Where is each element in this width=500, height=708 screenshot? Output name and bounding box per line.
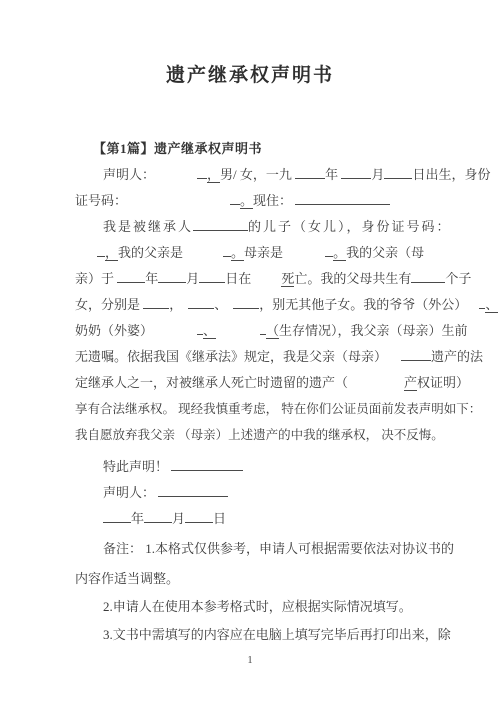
text-run: 我的父亲是	[118, 245, 183, 260]
blank-fill-line	[233, 294, 259, 309]
text-run: 我自愿放弃我父亲 （母亲）上述遗产的中我的继承权， 决不反悔。	[75, 428, 444, 442]
blank-fill-line	[230, 190, 240, 205]
underlined-text: 死	[281, 271, 294, 287]
underlined-text: 。	[240, 193, 253, 209]
blank-fill-line	[325, 242, 333, 257]
underlined-text: 、	[485, 297, 498, 313]
text-run: 月	[186, 271, 199, 286]
text-run: 无遗嘱。依据我国《继承法》规定，我是父亲（母亲）	[75, 349, 387, 364]
spacer	[153, 334, 197, 335]
doc-line-11: 我自愿放弃我父亲 （母亲）上述遗产的中我的继承权， 决不反悔。	[75, 422, 462, 448]
doc-line-16: 内容作适当调整。	[75, 566, 462, 592]
text-run: ，	[169, 297, 182, 312]
blank-fill-line	[411, 268, 445, 283]
underlined-text: （	[266, 323, 279, 339]
underlined-text: 。	[231, 245, 244, 261]
text-run: 我的父亲（母	[346, 245, 424, 260]
text-run: 日	[213, 511, 226, 526]
blank-fill-line	[341, 164, 371, 179]
spacer	[127, 204, 230, 205]
document-body: 声明人：，男/ 女，一九 年 月日出生，身份证号码：。现住： 我是被继承人的儿子…	[75, 162, 462, 648]
text-run: 备注： 1.本格式仅供参考，申请人可根据需要依法对协议书的	[103, 541, 454, 556]
blank-fill-line	[185, 508, 213, 523]
blank-fill-line	[143, 294, 169, 309]
underlined-text: 产	[404, 375, 417, 391]
doc-line-2: 证号码：。现住：	[75, 188, 462, 214]
text-run: 亲）于	[75, 271, 117, 286]
spacer	[467, 308, 479, 309]
spacer	[251, 282, 281, 283]
text-run: 内容作适当调整。	[75, 571, 179, 586]
text-run: 2.申请人在使用本参考格式时，应根据实际情况填写。	[103, 599, 412, 614]
blank-fill-line	[223, 242, 231, 257]
text-run: 日出生，身份	[412, 167, 490, 182]
text-run: 男/ 女，一九	[220, 167, 295, 182]
text-run: ，别无其他子女。我的爷爷（外公）	[259, 297, 467, 312]
underlined-text: ，	[105, 245, 118, 261]
doc-line-3: 我是被继承人的儿子（女儿），身份证号码：	[75, 214, 462, 240]
spacer	[283, 256, 325, 257]
doc-line-14: 年月日	[75, 506, 462, 532]
text-run: 我是被继承人	[103, 219, 193, 234]
text-run: 女，分别是	[75, 297, 143, 312]
blank-fill-line	[384, 164, 412, 179]
doc-line-15: 备注： 1.本格式仅供参考，申请人可根据需要依法对协议书的	[75, 536, 462, 562]
spacer	[183, 256, 223, 257]
spacer	[348, 386, 404, 387]
underlined-text: 、	[203, 323, 216, 339]
text-run: 生存情况），我父亲（母亲）生前	[279, 323, 468, 338]
text-run: 母亲是	[244, 245, 283, 260]
spacer	[216, 334, 260, 335]
text-run: 的儿子（女儿），身份证号码：	[248, 219, 452, 234]
text-run: 定继承人之一，对被继承人死亡时遗留的遗产（	[75, 375, 348, 390]
text-run: 现住：	[253, 193, 295, 208]
blank-fill-line	[188, 294, 214, 309]
text-run: 年	[131, 511, 144, 526]
blank-fill-line	[144, 508, 172, 523]
text-run: 日在	[225, 271, 251, 286]
blank-fill-line	[193, 216, 248, 231]
document-title: 遗产继承权声明书	[0, 0, 500, 92]
blank-fill-line	[295, 164, 325, 179]
document-page: 遗产继承权声明书 【第1篇】遗产继承权声明书 声明人：，男/ 女，一九 年 月日…	[0, 0, 500, 708]
doc-line-8: 无遗嘱。依据我国《继承法》规定，我是父亲（母亲）遗产的法	[75, 344, 462, 370]
doc-line-5: 亲）于 年月日在死亡。我的父母共生有个子	[75, 266, 462, 292]
blank-fill-line	[199, 268, 225, 283]
page-number: 1	[0, 655, 500, 666]
section-heading: 【第1篇】遗产继承权声明书	[75, 136, 462, 162]
blank-fill-line	[97, 242, 105, 257]
text-run: 声明人：	[103, 167, 155, 182]
document-content: 【第1篇】遗产继承权声明书 声明人：，男/ 女，一九 年 月日出生，身份证号码：…	[0, 136, 500, 648]
doc-line-6: 女，分别是 ，、，别无其他子女。我的爷爷（外公）、	[75, 292, 462, 318]
text-run: 权证明）	[417, 375, 469, 390]
text-run: 证号码：	[75, 193, 127, 208]
doc-line-10: 享有合法继承权。 现经我慎重考虑， 特在你们公证员面前发表声明如下：	[75, 396, 462, 422]
blank-fill-line	[158, 482, 228, 497]
text-run: 年	[325, 167, 341, 182]
doc-line-9: 定继承人之一，对被继承人死亡时遗留的遗产（产权证明）	[75, 370, 462, 396]
underlined-text: 。	[333, 245, 346, 261]
underlined-text: ，	[207, 167, 220, 183]
blank-fill-line	[171, 456, 243, 471]
text-run: 声明人：	[103, 485, 158, 500]
text-run: 、	[214, 297, 227, 312]
spacer	[155, 178, 197, 179]
blank-fill-line	[117, 268, 145, 283]
text-run: 亡。我的父母共生有	[294, 271, 411, 286]
text-run: 享有合法继承权。 现经我慎重考虑， 特在你们公证员面前发表声明如下：	[75, 402, 481, 416]
text-run: 奶奶（外婆）	[75, 323, 153, 338]
doc-line-4: ，我的父亲是。母亲是。我的父亲（母	[75, 240, 462, 266]
blank-fill-line	[158, 268, 186, 283]
text-run: 特此声明！	[103, 459, 171, 474]
text-run: 月	[371, 167, 384, 182]
doc-line-1: 声明人：，男/ 女，一九 年 月日出生，身份	[75, 162, 462, 188]
text-run: 遗产的法	[431, 349, 483, 364]
doc-line-13: 声明人：	[75, 480, 462, 506]
blank-fill-line	[197, 164, 207, 179]
doc-line-17: 2.申请人在使用本参考格式时，应根据实际情况填写。	[75, 594, 462, 620]
doc-line-12: 特此声明！	[75, 454, 462, 480]
spacer	[387, 360, 401, 361]
blank-fill-line	[401, 346, 431, 361]
blank-fill-line	[103, 508, 131, 523]
text-run: 3.文书中需填写的内容应在电脑上填写完毕后再打印出来，除	[103, 627, 451, 642]
text-run: 月	[172, 511, 185, 526]
text-run: 个子	[445, 271, 471, 286]
text-run: 年	[145, 271, 158, 286]
doc-line-7: 奶奶（外婆）、（生存情况），我父亲（母亲）生前	[75, 318, 462, 344]
doc-line-18: 3.文书中需填写的内容应在电脑上填写完毕后再打印出来，除	[75, 622, 462, 648]
blank-fill-line	[295, 190, 390, 205]
